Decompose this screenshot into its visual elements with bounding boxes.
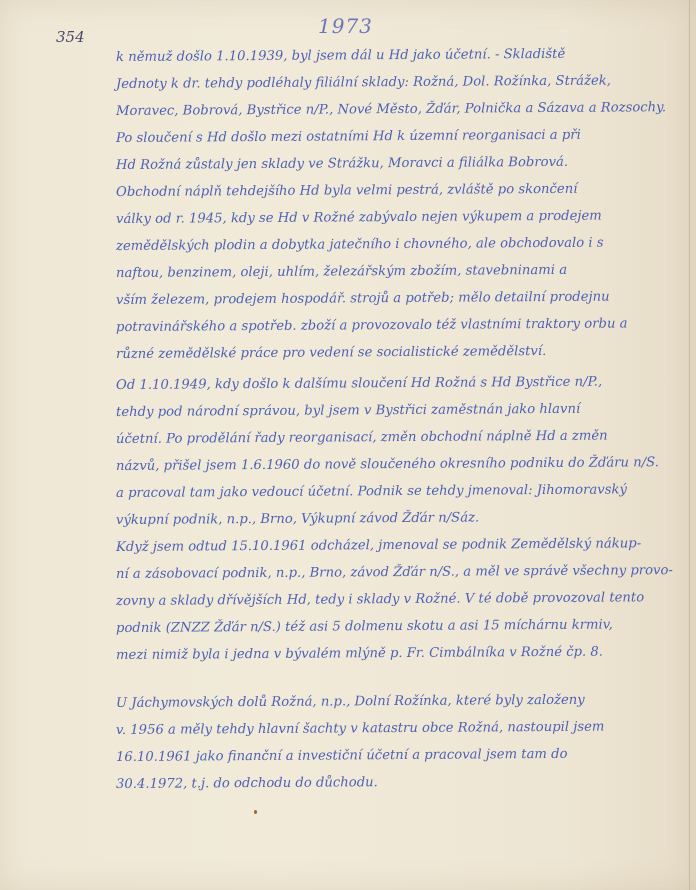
text-line: zemědělských plodin a dobytka jatečního …: [116, 229, 676, 260]
text-line: v. 1956 a měly tehdy hlavní šachty v kat…: [116, 713, 676, 744]
text-line: Od 1.10.1949, kdy došlo k dalšímu slouče…: [116, 368, 676, 399]
text-line: Jednoty k dr. tehdy podléhaly filiální s…: [116, 67, 676, 98]
text-line: zovny a sklady dřívějších Hd, tedy i skl…: [116, 584, 676, 615]
text-line: různé zemědělské práce pro vedení se soc…: [116, 337, 676, 368]
text-line: podnik (ZNZZ Žďár n/S.) též asi 5 dolmen…: [116, 611, 676, 642]
paragraph-1: k němuž došlo 1.10.1939, byl jsem dál u …: [116, 44, 676, 125]
text-line: a pracoval tam jako vedoucí účetní. Podn…: [116, 476, 676, 507]
text-line: Obchodní náplň tehdejšího Hd byla velmi …: [116, 175, 676, 206]
text-line: 16.10.1961 jako finanční a investiční úč…: [116, 740, 676, 771]
text-line: potravinářského a spotřeb. zboží a provo…: [116, 310, 676, 341]
paragraph-2: Po sloučení s Hd došlo mezi ostatními Hd…: [116, 125, 676, 368]
text-line: účetní. Po prodělání řady reorganisací, …: [116, 422, 676, 453]
text-line: ní a zásobovací podnik, n.p., Brno, závo…: [116, 557, 676, 588]
paragraph-4: Když jsem odtud 15.10.1961 odcházel, jme…: [116, 534, 676, 669]
page-number: 354: [56, 28, 85, 46]
paragraph-5: U Jáchymovských dolů Rožná, n.p., Dolní …: [116, 690, 676, 798]
page-edge-line: [689, 0, 690, 890]
year-heading: 1973: [318, 14, 373, 38]
text-line: tehdy pod národní správou, byl jsem v By…: [116, 395, 676, 426]
text-line: 30.4.1972, t.j. do odchodu do důchodu.: [116, 767, 676, 798]
text-line: výkupní podnik, n.p., Brno, Výkupní závo…: [116, 503, 676, 534]
paragraph-3: Od 1.10.1949, kdy došlo k dalšímu slouče…: [116, 372, 676, 534]
text-line: naftou, benzinem, oleji, uhlím, železářs…: [116, 256, 676, 287]
handwritten-chronicle-page: 354 1973 k němuž došlo 1.10.1939, byl js…: [0, 0, 696, 890]
text-line: Moravec, Bobrová, Bystřice n/P., Nové Mě…: [116, 94, 676, 125]
text-line: Po sloučení s Hd došlo mezi ostatními Hd…: [116, 121, 676, 152]
text-line: U Jáchymovských dolů Rožná, n.p., Dolní …: [116, 686, 676, 717]
text-line: Hd Rožná zůstaly jen sklady ve Strážku, …: [116, 148, 676, 179]
text-line: Když jsem odtud 15.10.1961 odcházel, jme…: [116, 530, 676, 561]
text-line: války od r. 1945, kdy se Hd v Rožné zabý…: [116, 202, 676, 233]
paper-stain: [254, 810, 257, 814]
text-line: názvů, přišel jsem 1.6.1960 do nově slou…: [116, 449, 676, 480]
text-line: mezi nimiž byla i jedna v bývalém mlýně …: [116, 638, 676, 669]
text-line: vším železem, prodejem hospodář. strojů …: [116, 283, 676, 314]
text-line: k němuž došlo 1.10.1939, byl jsem dál u …: [116, 40, 676, 71]
